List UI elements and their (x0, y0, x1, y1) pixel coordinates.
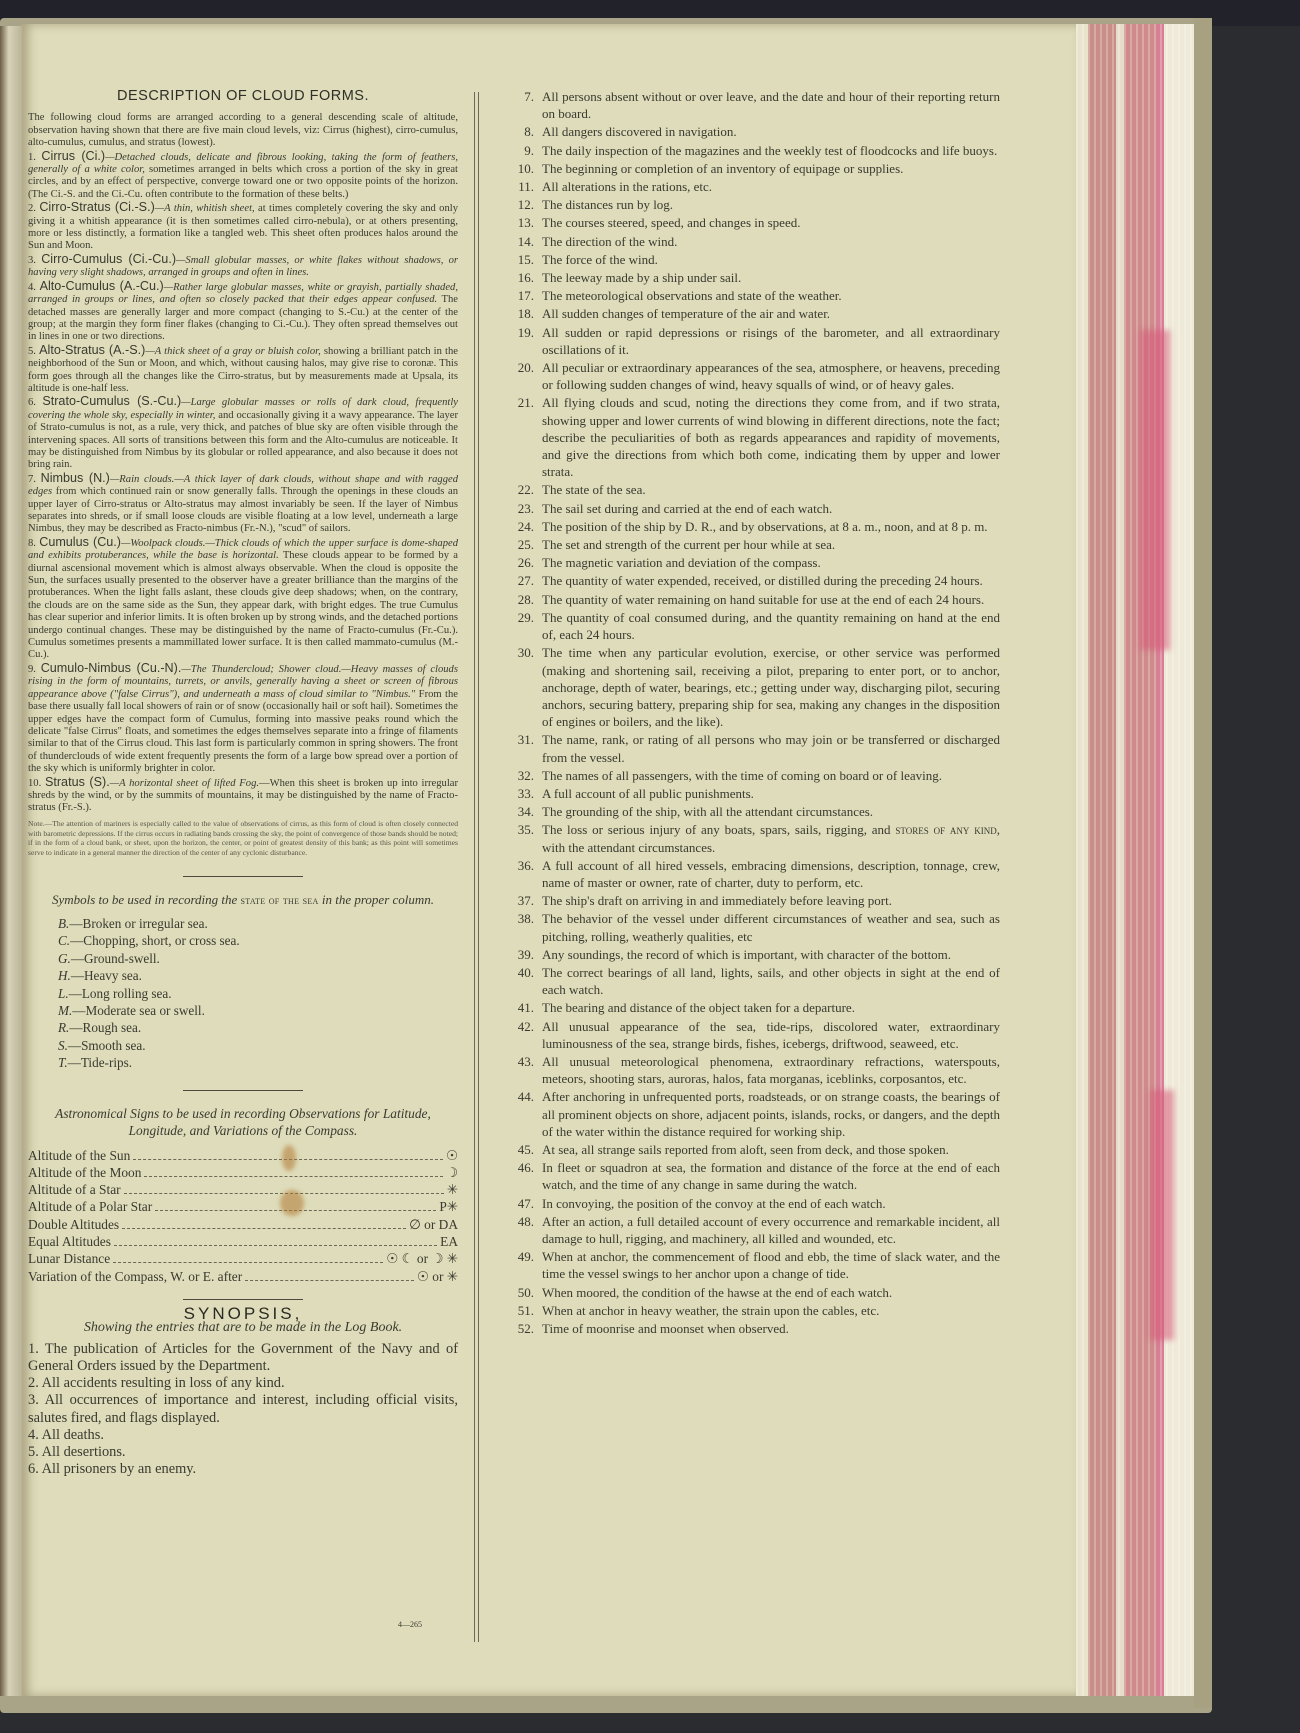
log-entry-item: 23.The sail set during and carried at th… (500, 500, 1000, 517)
sea-state-item: C.—Chopping, short, or cross sea. (58, 932, 458, 949)
entry-number: 31. (500, 731, 542, 765)
log-entry-item: 13.The courses steered, speed, and chang… (500, 214, 1000, 231)
log-entry-item: 51.When at anchor in heavy weather, the … (500, 1302, 1000, 1319)
astro-row: Variation of the Compass, W. or E. after… (28, 1268, 458, 1285)
entry-text: The grounding of the ship, with all the … (542, 803, 1000, 820)
synopsis-item: 3. All occurrences of importance and int… (28, 1392, 458, 1426)
astro-row: Altitude of the Sun☉ (28, 1147, 458, 1164)
entry-number: 51. (500, 1302, 542, 1319)
entry-number: 44. (500, 1088, 542, 1140)
entry-number: 29. (500, 609, 542, 643)
entry-text: The daily inspection of the magazines an… (542, 142, 1000, 159)
log-entry-item: 12.The distances run by log. (500, 196, 1000, 213)
entry-number: 12. (500, 196, 542, 213)
sea-state-item: T.—Tide-rips. (58, 1054, 458, 1071)
log-entry-item: 18.All sudden changes of temperature of … (500, 305, 1000, 322)
sea-state-item: H.—Heavy sea. (58, 967, 458, 984)
previous-page-edge (0, 26, 22, 1696)
entry-number: 16. (500, 269, 542, 286)
cover-edge (1194, 18, 1212, 1708)
astro-row: Altitude of the Moon☽ (28, 1164, 458, 1181)
log-entry-item: 52.Time of moonrise and moonset when obs… (500, 1320, 1000, 1337)
entry-text: The name, rank, or rating of all persons… (542, 731, 1000, 765)
log-entry-item: 39.Any soundings, the record of which is… (500, 946, 1000, 963)
cloud-entry: 4. Alto-Cumulus (A.-Cu.)—Rather large gl… (28, 280, 458, 344)
entry-number: 46. (500, 1159, 542, 1193)
log-entry-item: 44.After anchoring in unfrequented ports… (500, 1088, 1000, 1140)
entry-number: 52. (500, 1320, 542, 1337)
page-edges-red-fore-edge (1076, 24, 1194, 1696)
entry-number: 9. (500, 142, 542, 159)
entry-text: All unusual appearance of the sea, tide-… (542, 1018, 1000, 1052)
log-entry-item: 24.The position of the ship by D. R., an… (500, 518, 1000, 535)
cloud-entry: 7. Nimbus (N.)—Rain clouds.—A thick laye… (28, 472, 458, 536)
entry-text: When moored, the condition of the hawse … (542, 1284, 1000, 1301)
synopsis-item: 6. All prisoners by an enemy. (28, 1461, 458, 1478)
entry-number: 20. (500, 359, 542, 393)
entry-number: 21. (500, 394, 542, 480)
cloud-forms-title: DESCRIPTION OF CLOUD FORMS. (28, 90, 458, 102)
entry-number: 22. (500, 481, 542, 498)
entry-text: The courses steered, speed, and changes … (542, 214, 1000, 231)
entry-number: 15. (500, 251, 542, 268)
section-divider (183, 1090, 303, 1091)
entry-number: 37. (500, 892, 542, 909)
sea-state-item: L.—Long rolling sea. (58, 985, 458, 1002)
entry-text: The names of all passengers, with the ti… (542, 767, 1000, 784)
entry-text: All unusual meteorological phenomena, ex… (542, 1053, 1000, 1087)
fore-edge-stain (1140, 330, 1170, 650)
entry-number: 33. (500, 785, 542, 802)
section-divider (183, 1299, 303, 1300)
synopsis-item: 4. All deaths. (28, 1427, 458, 1444)
entry-number: 10. (500, 160, 542, 177)
entry-text: All persons absent without or over leave… (542, 88, 1000, 122)
entry-number: 30. (500, 644, 542, 730)
log-entry-item: 11.All alterations in the rations, etc. (500, 178, 1000, 195)
log-entry-item: 10.The beginning or completion of an inv… (500, 160, 1000, 177)
log-entry-item: 17.The meteorological observations and s… (500, 287, 1000, 304)
synopsis-subtitle: Showing the entries that are to be made … (28, 1322, 458, 1334)
entry-text: All peculiar or extraordinary appearance… (542, 359, 1000, 393)
synopsis-item: 2. All accidents resulting in loss of an… (28, 1375, 458, 1392)
astronomical-signs-title: Astronomical Signs to be used in recordi… (28, 1105, 458, 1139)
entry-number: 17. (500, 287, 542, 304)
entry-number: 32. (500, 767, 542, 784)
intro-paragraph: The following cloud forms are arranged a… (28, 112, 458, 149)
sea-state-item: S.—Smooth sea. (58, 1037, 458, 1054)
entry-text: The time when any particular evolution, … (542, 644, 1000, 730)
astro-row: Altitude of a Polar StarP✳ (28, 1198, 458, 1215)
entry-number: 42. (500, 1018, 542, 1052)
sea-state-item: M.—Moderate sea or swell. (58, 1002, 458, 1019)
log-entry-item: 31.The name, rank, or rating of all pers… (500, 731, 1000, 765)
entry-number: 25. (500, 536, 542, 553)
entry-text: The correct bearings of all land, lights… (542, 964, 1000, 998)
entry-text: Time of moonrise and moonset when observ… (542, 1320, 1000, 1337)
lunar-distance-symbol-icon: ☉ ☾ or ☽ ✳ (386, 1250, 458, 1267)
log-entry-item: 33.A full account of all public punishme… (500, 785, 1000, 802)
entry-number: 34. (500, 803, 542, 820)
entry-number: 18. (500, 305, 542, 322)
log-entry-item: 22.The state of the sea. (500, 481, 1000, 498)
entry-number: 38. (500, 910, 542, 944)
entry-text: The behavior of the vessel under differe… (542, 910, 1000, 944)
entry-text: All dangers discovered in navigation. (542, 123, 1000, 140)
cloud-entry: 8. Cumulus (Cu.)—Woolpack clouds.—Thick … (28, 536, 458, 662)
entry-number: 47. (500, 1195, 542, 1212)
log-entry-item: 26.The magnetic variation and deviation … (500, 554, 1000, 571)
entry-text: The meteorological observations and stat… (542, 287, 1000, 304)
entry-number: 11. (500, 178, 542, 195)
entry-text: The sail set during and carried at the e… (542, 500, 1000, 517)
astronomical-signs-table: Altitude of the Sun☉ Altitude of the Moo… (28, 1147, 458, 1285)
entry-number: 8. (500, 123, 542, 140)
cloud-entry: 6. Strato-Cumulus (S.-Cu.)—Large globula… (28, 395, 458, 471)
log-entry-item: 32.The names of all passengers, with the… (500, 767, 1000, 784)
sea-state-item: G.—Ground-swell. (58, 950, 458, 967)
entry-text: The quantity of water expended, received… (542, 572, 1000, 589)
synopsis-item: 1. The publication of Articles for the G… (28, 1341, 458, 1375)
astro-row: Lunar Distance☉ ☾ or ☽ ✳ (28, 1250, 458, 1267)
entry-text: The set and strength of the current per … (542, 536, 1000, 553)
cloud-entry: 5. Alto-Stratus (A.-S.)—A thick sheet of… (28, 344, 458, 396)
entry-text: In fleet or squadron at sea, the formati… (542, 1159, 1000, 1193)
polar-star-symbol-icon: P✳ (439, 1198, 458, 1215)
entry-number: 14. (500, 233, 542, 250)
double-altitude-symbol-icon: ∅ or DA (409, 1216, 458, 1233)
moon-symbol-icon: ☽ (446, 1164, 458, 1181)
log-entry-item: 25.The set and strength of the current p… (500, 536, 1000, 553)
entry-number: 13. (500, 214, 542, 231)
entry-text: Any soundings, the record of which is im… (542, 946, 1000, 963)
left-column: DESCRIPTION OF CLOUD FORMS. The followin… (28, 84, 458, 1478)
entry-number: 48. (500, 1213, 542, 1247)
cloud-entry: 1. Cirrus (Ci.)—Detached clouds, delicat… (28, 150, 458, 202)
log-entry-item: 38.The behavior of the vessel under diff… (500, 910, 1000, 944)
entry-number: 36. (500, 857, 542, 891)
entry-number: 50. (500, 1284, 542, 1301)
entry-text: When at anchor, the commencement of floo… (542, 1248, 1000, 1282)
cloud-entry: 2. Cirro-Stratus (Ci.-S.)—A thin, whitis… (28, 201, 458, 253)
right-column-synopsis-entries: 7.All persons absent without or over lea… (500, 88, 1000, 1338)
log-entry-item: 30.The time when any particular evolutio… (500, 644, 1000, 730)
astro-row: Double Altitudes∅ or DA (28, 1216, 458, 1233)
entry-text: In convoying, the position of the convoy… (542, 1195, 1000, 1212)
cirrus-note: Note.—The attention of mariners is espec… (28, 819, 458, 858)
entry-number: 39. (500, 946, 542, 963)
astro-row: Altitude of a Star✳ (28, 1181, 458, 1198)
sea-state-title: Symbols to be used in recording the stat… (28, 891, 458, 909)
entry-number: 35. (500, 821, 542, 855)
log-entry-item: 45.At sea, all strange sails reported fr… (500, 1141, 1000, 1158)
entry-text: The leeway made by a ship under sail. (542, 269, 1000, 286)
entry-text: When at anchor in heavy weather, the str… (542, 1302, 1000, 1319)
entry-number: 23. (500, 500, 542, 517)
sea-state-item: R.—Rough sea. (58, 1019, 458, 1036)
log-entry-item: 8.All dangers discovered in navigation. (500, 123, 1000, 140)
log-entry-item: 27.The quantity of water expended, recei… (500, 572, 1000, 589)
entry-text: The force of the wind. (542, 251, 1000, 268)
entry-number: 28. (500, 591, 542, 608)
log-entry-item: 48.After an action, a full detailed acco… (500, 1213, 1000, 1247)
log-entry-item: 28.The quantity of water remaining on ha… (500, 591, 1000, 608)
entry-text: The magnetic variation and deviation of … (542, 554, 1000, 571)
log-entry-item: 40.The correct bearings of all land, lig… (500, 964, 1000, 998)
entry-text: All sudden or rapid depressions or risin… (542, 324, 1000, 358)
log-entry-item: 9.The daily inspection of the magazines … (500, 142, 1000, 159)
sun-symbol-icon: ☉ (446, 1147, 458, 1164)
astro-row: Equal AltitudesEA (28, 1233, 458, 1250)
entry-text: The state of the sea. (542, 481, 1000, 498)
log-entry-item: 43.All unusual meteorological phenomena,… (500, 1053, 1000, 1087)
log-entry-item: 49.When at anchor, the commencement of f… (500, 1248, 1000, 1282)
cloud-entry: 3. Cirro-Cumulus (Ci.-Cu.)—Small globula… (28, 253, 458, 280)
log-entry-item: 16.The leeway made by a ship under sail. (500, 269, 1000, 286)
section-divider (183, 876, 303, 877)
synopsis-item: 5. All desertions. (28, 1444, 458, 1461)
log-entry-item: 29.The quantity of coal consumed during,… (500, 609, 1000, 643)
sea-state-item: B.—Broken or irregular sea. (58, 915, 458, 932)
log-entry-item: 35.The loss or serious injury of any boa… (500, 821, 1000, 855)
entry-number: 41. (500, 999, 542, 1016)
entry-text: The distances run by log. (542, 196, 1000, 213)
log-entry-item: 21.All flying clouds and scud, noting th… (500, 394, 1000, 480)
synopsis-title: SYNOPSIS, (28, 1308, 458, 1320)
entry-text: The quantity of coal consumed during, an… (542, 609, 1000, 643)
log-entry-item: 7.All persons absent without or over lea… (500, 88, 1000, 122)
entry-number: 49. (500, 1248, 542, 1282)
entry-number: 45. (500, 1141, 542, 1158)
entry-text: The direction of the wind. (542, 233, 1000, 250)
log-entry-item: 50.When moored, the condition of the haw… (500, 1284, 1000, 1301)
entry-number: 27. (500, 572, 542, 589)
foxing-stain (280, 1190, 304, 1216)
log-entry-item: 37.The ship's draft on arriving in and i… (500, 892, 1000, 909)
entry-number: 40. (500, 964, 542, 998)
entry-number: 43. (500, 1053, 542, 1087)
entry-number: 24. (500, 518, 542, 535)
entry-number: 26. (500, 554, 542, 571)
entry-text: After an action, a full detailed account… (542, 1213, 1000, 1247)
log-entry-item: 15.The force of the wind. (500, 251, 1000, 268)
cloud-entry: 10. Stratus (S).—A horizontal sheet of l… (28, 776, 458, 815)
entry-text: The bearing and distance of the object t… (542, 999, 1000, 1016)
log-entry-item: 36.A full account of all hired vessels, … (500, 857, 1000, 891)
column-divider (474, 92, 479, 1642)
entry-text: After anchoring in unfrequented ports, r… (542, 1088, 1000, 1140)
entry-text: A full account of all public punishments… (542, 785, 1000, 802)
entry-text: The loss or serious injury of any boats,… (542, 821, 1000, 855)
entry-text: At sea, all strange sails reported from … (542, 1141, 1000, 1158)
entry-text: All alterations in the rations, etc. (542, 178, 1000, 195)
sea-state-list: B.—Broken or irregular sea. C.—Chopping,… (58, 915, 458, 1072)
folio-number: 4—265 (398, 1620, 422, 1629)
fore-edge-stain (1150, 1090, 1174, 1340)
variation-symbol-icon: ☉ or ✳ (417, 1268, 458, 1285)
entry-text: All sudden changes of temperature of the… (542, 305, 1000, 322)
log-entry-item: 34.The grounding of the ship, with all t… (500, 803, 1000, 820)
entry-text: All flying clouds and scud, noting the d… (542, 394, 1000, 480)
entry-text: The ship's draft on arriving in and imme… (542, 892, 1000, 909)
entry-text: The quantity of water remaining on hand … (542, 591, 1000, 608)
star-symbol-icon: ✳ (447, 1181, 458, 1198)
entry-text: The beginning or completion of an invent… (542, 160, 1000, 177)
entry-number: 7. (500, 88, 542, 122)
equal-altitude-symbol: EA (440, 1233, 458, 1250)
log-entry-item: 46.In fleet or squadron at sea, the form… (500, 1159, 1000, 1193)
log-entry-item: 47.In convoying, the position of the con… (500, 1195, 1000, 1212)
foxing-stain (282, 1145, 296, 1171)
entry-number: 19. (500, 324, 542, 358)
entry-text: The position of the ship by D. R., and b… (542, 518, 1000, 535)
log-entry-item: 42.All unusual appearance of the sea, ti… (500, 1018, 1000, 1052)
entry-text: A full account of all hired vessels, emb… (542, 857, 1000, 891)
log-entry-item: 19.All sudden or rapid depressions or ri… (500, 324, 1000, 358)
log-entry-item: 14.The direction of the wind. (500, 233, 1000, 250)
cloud-list: 1. Cirrus (Ci.)—Detached clouds, delicat… (28, 150, 458, 815)
log-entry-item: 20.All peculiar or extraordinary appeara… (500, 359, 1000, 393)
log-entry-item: 41.The bearing and distance of the objec… (500, 999, 1000, 1016)
cloud-entry: 9. Cumulo-Nimbus (Cu.-N).—The Thunderclo… (28, 662, 458, 776)
